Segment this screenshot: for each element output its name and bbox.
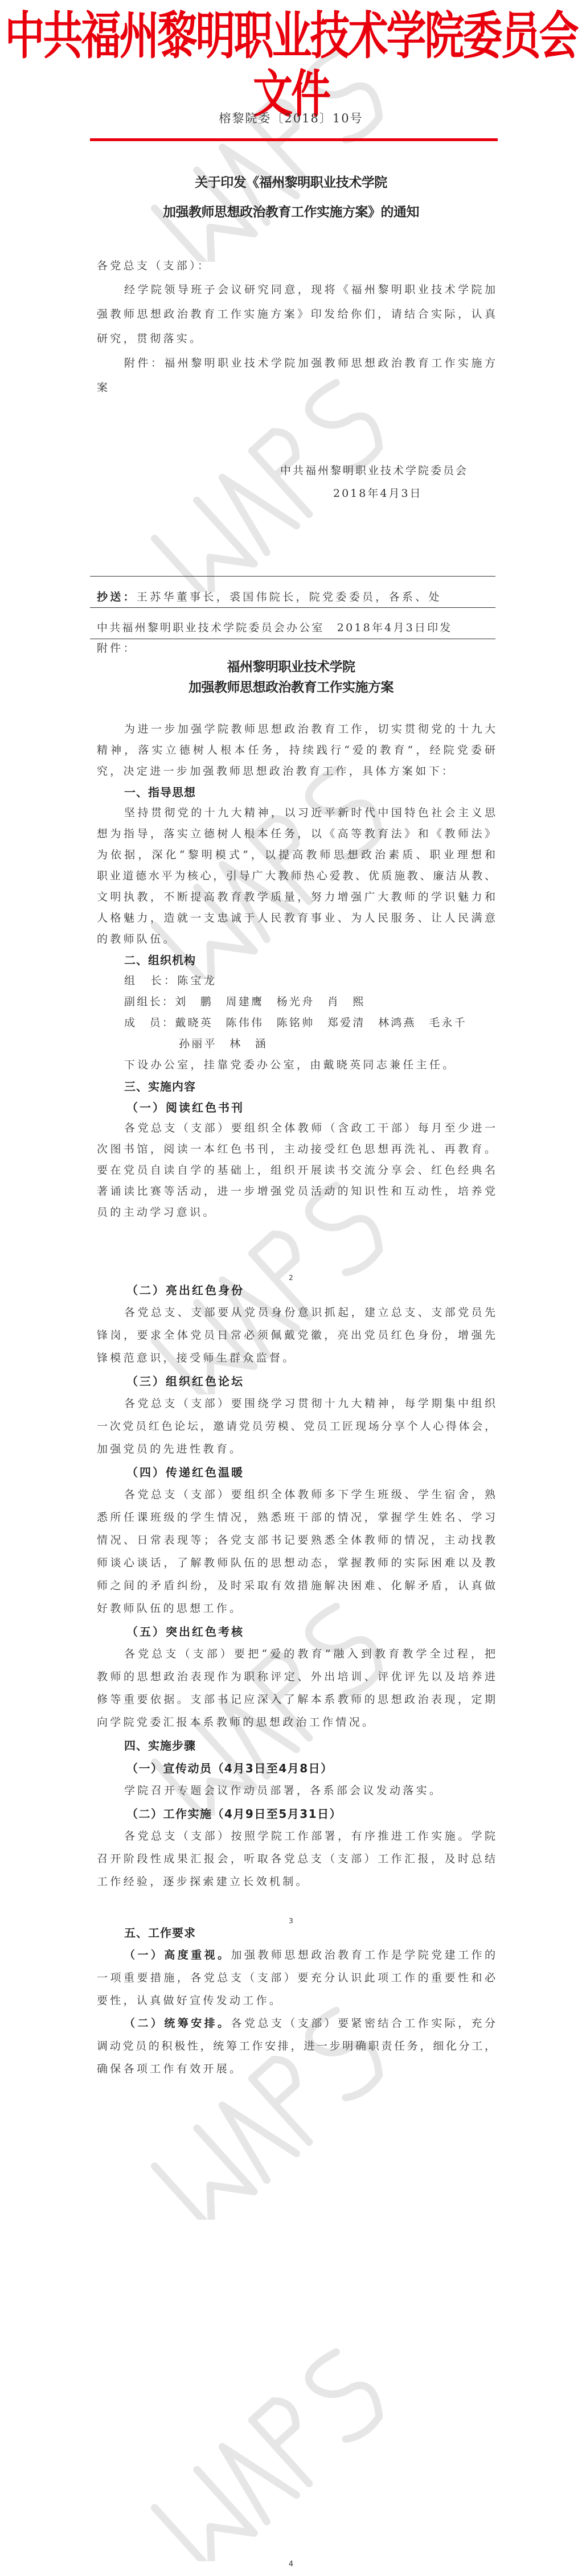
subsection-line: 锋岗，要求全体党员日常必须佩戴党徽，亮出党员红色身份，增强先 bbox=[97, 1327, 495, 1342]
subsection-line: 加强党员的先进性教育。 bbox=[97, 1441, 495, 1456]
subsection-line: 著诵读比赛等活动，进一步增强党员活动的知识性和互动性，培养党 bbox=[97, 1183, 495, 1198]
subsection-title: （一）宣传动员（4月3日至4月8日） bbox=[126, 1759, 525, 1776]
page-number: 4 bbox=[0, 2560, 582, 2569]
subsection-title: （一）阅读红色书刊 bbox=[126, 1098, 525, 1115]
subsection-line: 次图书馆，阅读一本红色书刊，主动接受红色思想再洗礼、再教育。 bbox=[97, 1141, 495, 1156]
salutation: 各党总支（支部）： bbox=[97, 257, 495, 273]
attachment-label: 附件： bbox=[97, 640, 495, 655]
requirement-lead: （二）统筹安排。 bbox=[124, 2017, 231, 2030]
subsection-title: （四）传递红色温暖 bbox=[126, 1463, 525, 1480]
notice-body-line: 强教师思想政治教育工作实施方案》印发给你们，请结合实际，认真 bbox=[97, 306, 495, 321]
document-number: 榕黎院委〔2018〕10号 bbox=[0, 109, 582, 126]
section-1-line: 为依据，深化“黎明模式”，以提高教师思想政治素质、职业理想和 bbox=[97, 846, 495, 862]
members-line-2: 孙丽平 林 涵 bbox=[179, 1035, 577, 1051]
attachment-title-line-2: 加强教师思想政治教育工作实施方案 bbox=[0, 677, 582, 696]
cc-recipients: 王苏华董事长，裘国伟院长，院党委委员，各系、处 bbox=[137, 591, 442, 603]
subsection-line: 修等重要依据。支部书记应深入了解本系教师的思想政治表现，定期 bbox=[97, 1691, 495, 1706]
section-heading-3: 三、实施内容 bbox=[124, 1077, 523, 1094]
subsection-line: 悉所任课班级的学生情况，熟悉班干部的情况，掌握学生姓名、学习 bbox=[97, 1509, 495, 1524]
red-header-title: 中共福州黎明职业技术学院委员会文件 bbox=[0, 7, 582, 124]
subsection-title: （二）亮出红色身份 bbox=[126, 1281, 525, 1298]
cc-label: 抄送： bbox=[97, 591, 137, 603]
requirement-first-line: （一）高度重视。加强教师思想政治教育工作是学院党建工作的 bbox=[124, 1947, 495, 1962]
subsection-line: 各党总支（支部）要围绕学习贯彻十九大精神，每学期集中组织 bbox=[124, 1395, 495, 1410]
cc-line: 抄送：王苏华董事长，裘国伟院长，院党委委员，各系、处 bbox=[97, 589, 495, 604]
issued-by: 中共福州黎明职业技术学院委员会办公室 2018年4月3日印发 bbox=[97, 619, 495, 635]
section-heading-2: 二、组织机构 bbox=[124, 951, 523, 968]
subsection-line: 员的主动学习意识。 bbox=[97, 1204, 495, 1219]
requirement-lead: （一）高度重视。 bbox=[124, 1949, 231, 1961]
members-line-1: 成 员：戴晓英 陈伟伟 陈铭帅 郑爱清 林鸿燕 毛永千 bbox=[124, 1014, 523, 1030]
subsection-line: 工作经验，逐步探索建立长效机制。 bbox=[97, 1873, 495, 1888]
subsection-title: （二）工作实施（4月9日至5月31日） bbox=[126, 1805, 525, 1821]
subsection-line: 各党总支（支部）按照学院工作部署，有序推进工作实施。学院 bbox=[124, 1828, 495, 1843]
divider bbox=[90, 576, 495, 577]
divider bbox=[90, 607, 495, 608]
subsection-line: 各党总支（支部）要组织全体教师（含政工干部）每月至少进一 bbox=[124, 1120, 495, 1135]
section-1-line: 职业道德水平为核心，引导广大教师热心爱教、优质施教、廉洁从教、 bbox=[97, 867, 495, 883]
intro-line: 究，决定进一步加强教师思想政治教育工作，具体方案如下： bbox=[97, 763, 495, 778]
subsection-line: 师谈心谈话，了解教师队伍的思想动态，掌握教师的实际困难以及教 bbox=[97, 1554, 495, 1570]
office-note: 下设办公室，挂靠党委办公室，由戴晓英同志兼任主任。 bbox=[124, 1056, 523, 1072]
red-divider bbox=[90, 138, 498, 141]
notice-body-line: 经学院领导班子会议研究同意，现将《福州黎明职业技术学院加 bbox=[124, 281, 495, 297]
subsection-line: 师之间的矛盾纠纷，及时采取有效措施解决困难、化解矛盾，认真做 bbox=[97, 1577, 495, 1592]
subsection-line: 要在党员自读自学的基础上，组织开展读书交流分享会、红色经典名 bbox=[97, 1162, 495, 1177]
subsection-line: 好教师队伍的思想工作。 bbox=[97, 1600, 495, 1615]
notice-title-line-1: 关于印发《福州黎明职业技术学院 bbox=[0, 172, 582, 191]
section-1-line: 文明执教，不断提高教育教学质量，努力增强广大教师的学识魅力和 bbox=[97, 888, 495, 904]
wps-watermark-icon bbox=[131, 2322, 427, 2561]
requirement-line: 确保各项工作有效开展。 bbox=[97, 2060, 495, 2076]
subsection-title: （三）组织红色论坛 bbox=[126, 1372, 525, 1389]
subsection-line: 一次党员红色论坛，邀请党员劳模、党员工匠现场分享个人心得体会， bbox=[97, 1418, 495, 1433]
notice-attachment-line: 案 bbox=[97, 379, 495, 394]
section-1-line: 人格魅力，造就一支忠诚于人民教育事业、为人民服务、让人民满意 bbox=[97, 910, 495, 925]
requirement-line: 一项重要措施，各党总支（支部）要充分认识此项工作的重要性和必 bbox=[97, 1969, 495, 1985]
section-heading-5: 五、工作要求 bbox=[124, 1924, 523, 1940]
section-heading-1: 一、指导思想 bbox=[124, 783, 523, 800]
notice-title-line-2: 加强教师思想政治教育工作实施方案》的通知 bbox=[0, 201, 582, 220]
divider bbox=[90, 639, 495, 639]
page-number: 2 bbox=[0, 1274, 582, 1282]
section-1-line: 想为指导，落实立德树人根本任务，以《高等教育法》和《教师法》 bbox=[97, 825, 495, 841]
subsection-line: 各党总支、支部要从党员身份意识抓起，建立总支、支部党员先 bbox=[124, 1304, 495, 1319]
section-heading-4: 四、实施步骤 bbox=[124, 1736, 523, 1753]
section-1-line: 的教师队伍。 bbox=[97, 931, 495, 946]
subsection-line: 情况、日常表现等；各党支部书记要熟悉全体教师的情况，主动找教 bbox=[97, 1532, 495, 1547]
intro-line: 精神，落实立德树人根本任务，持续践行“爱的教育”，经院党委研 bbox=[97, 742, 495, 757]
subsection-line: 锋模范意识，接受师生群众监督。 bbox=[97, 1349, 495, 1365]
section-1-line: 坚持贯彻党的十九大精神，以习近平新时代中国特色社会主义思 bbox=[124, 804, 495, 820]
deputy-leaders: 副组长：刘 鹏 周建鹰 杨光舟 肖 熙 bbox=[124, 993, 523, 1009]
subsection-line: 各党总支（支部）要组织全体教师多下学生班级、学生宿舍，熟 bbox=[124, 1486, 495, 1501]
requirement-line: 调动党员的积极性，统筹工作安排，进一步明确职责任务，细化分工， bbox=[97, 2038, 495, 2053]
subsection-line: 学院召开专题会议作动员部署，各系部会议发动落实。 bbox=[124, 1782, 523, 1797]
subsection-line: 各党总支（支部）要把“爱的教育”融入到教育教学全过程，把 bbox=[124, 1645, 495, 1661]
subsection-line: 教师的思想政治表现作为职称评定、外出培训、评优评先以及培养进 bbox=[97, 1668, 495, 1684]
attachment-title-line-1: 福州黎明职业技术学院 bbox=[0, 656, 582, 675]
notice-body-line: 研究，贯彻落实。 bbox=[97, 330, 495, 345]
signature-date: 2018年4月3日 bbox=[333, 485, 423, 500]
requirement-text: 各党总支（支部）要紧密结合工作实际，充分 bbox=[231, 2017, 495, 2030]
subsection-title: （五）突出红色考核 bbox=[126, 1623, 525, 1639]
group-leader: 组 长：陈宝龙 bbox=[124, 972, 523, 987]
requirement-text: 加强教师思想政治教育工作是学院党建工作的 bbox=[231, 1949, 495, 1961]
intro-line: 为进一步加强学院教师思想政治教育工作，切实贯彻党的十九大 bbox=[124, 721, 495, 736]
requirement-first-line: （二）统筹安排。各党总支（支部）要紧密结合工作实际，充分 bbox=[124, 2015, 495, 2030]
subsection-line: 召开阶段性成果汇报会，听取各党总支（支部）工作汇报，及时总结 bbox=[97, 1850, 495, 1866]
notice-attachment-line: 附件：福州黎明职业技术学院加强教师思想政治教育工作实施方 bbox=[124, 355, 495, 370]
subsection-line: 向学院党委汇报本系教师的思想政治工作情况。 bbox=[97, 1714, 495, 1729]
signature-org: 中共福州黎明职业技术学院委员会 bbox=[280, 462, 468, 478]
requirement-line: 要性，认真做好宣传发动工作。 bbox=[97, 1992, 495, 2007]
